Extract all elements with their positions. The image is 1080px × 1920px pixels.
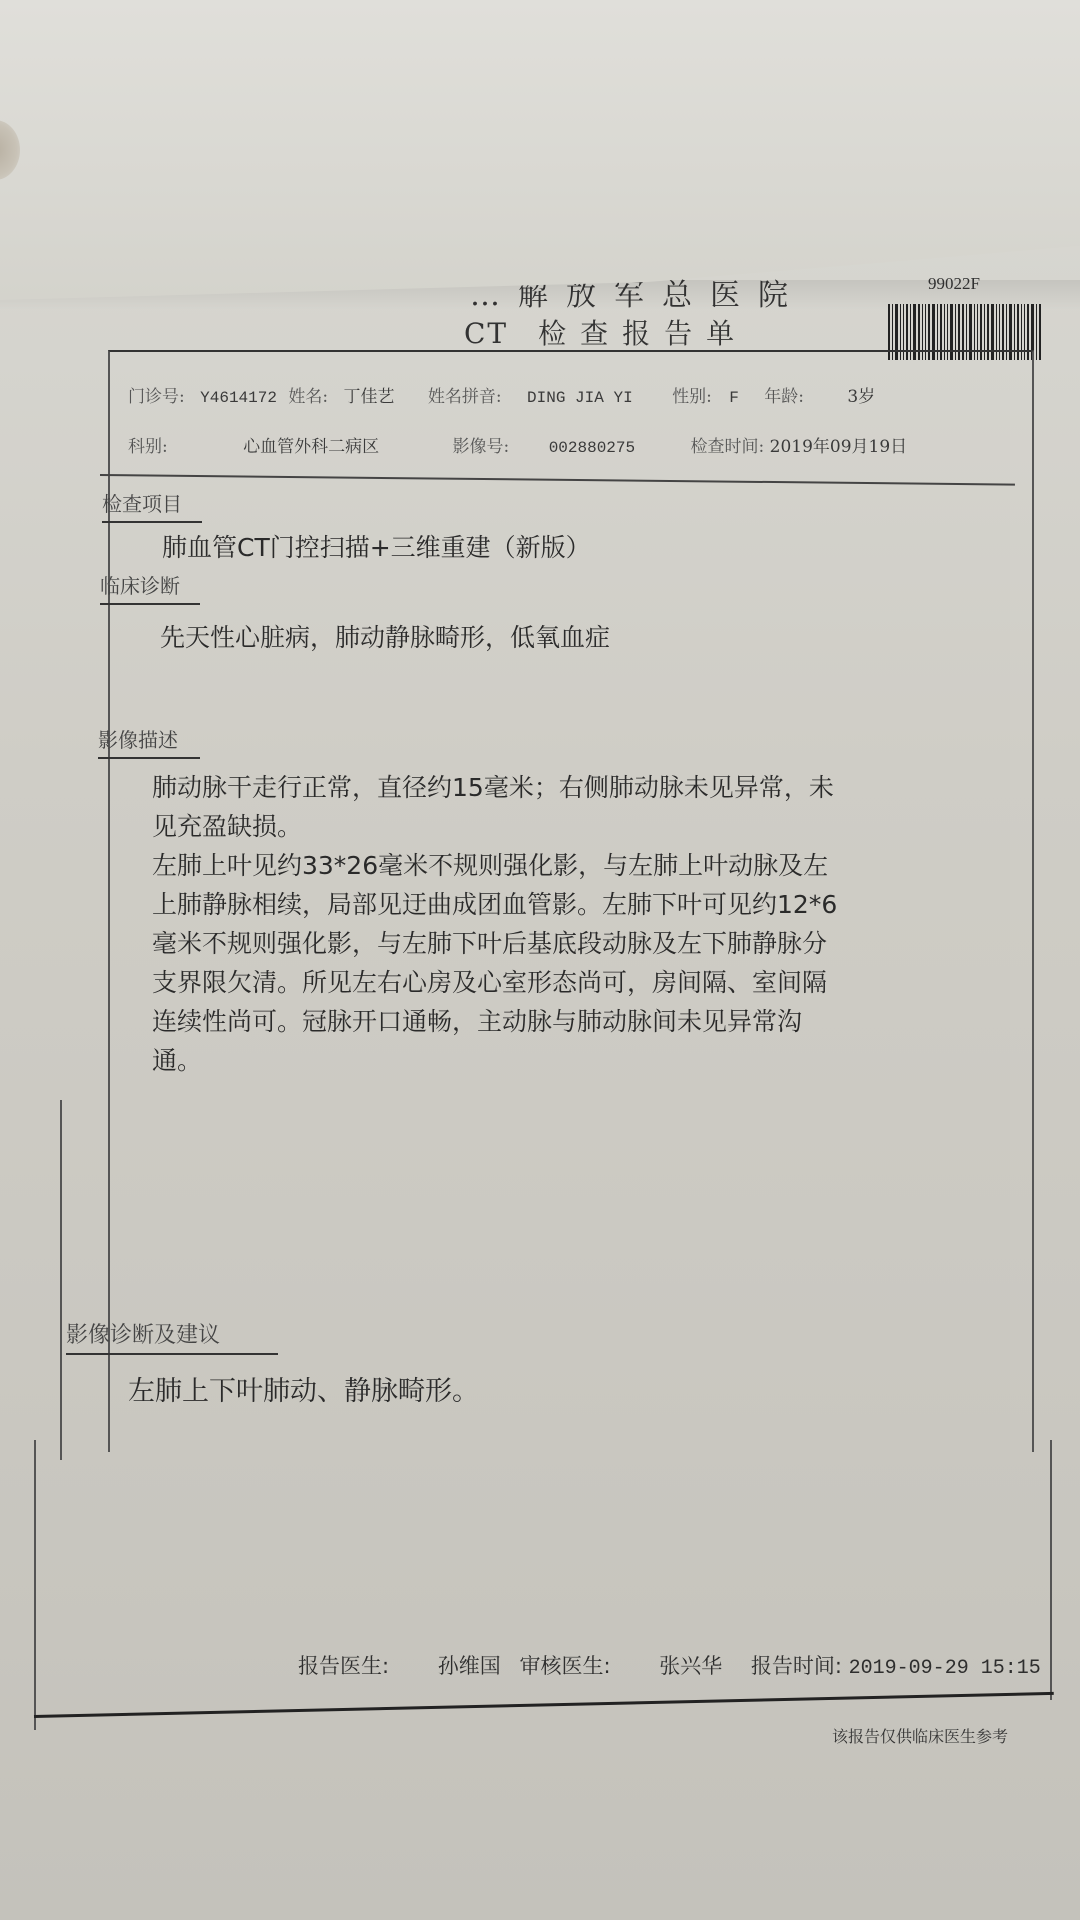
description-line: 肺动脉干走行正常，直径约15毫米；右侧肺动脉未见异常，未 bbox=[152, 768, 837, 807]
name-label: 姓名: bbox=[288, 382, 328, 407]
reviewing-doctor-label: 审核医生: bbox=[519, 1650, 610, 1680]
exam-time-label: 检查时间: bbox=[691, 432, 765, 457]
clinical-diagnosis-text: 先天性心脏病，肺动静脉畸形，低氧血症 bbox=[160, 618, 610, 657]
sex-label: 性别: bbox=[672, 382, 712, 407]
description-line: 见充盈缺损。 bbox=[152, 807, 837, 846]
pinyin-label: 姓名拼音: bbox=[428, 382, 502, 407]
imaging-diagnosis-text: 左肺上下叶肺动、静脉畸形。 bbox=[128, 1372, 479, 1411]
exam-item-text: 肺血管CT门控扫描+三维重建（新版） bbox=[162, 528, 591, 567]
patient-name: 丁佳艺 bbox=[344, 382, 395, 407]
department-label: 科别: bbox=[128, 432, 168, 457]
outpatient-no: Y4614172 bbox=[200, 389, 277, 407]
reviewing-doctor: 张兴华 bbox=[659, 1650, 722, 1680]
age-label: 年龄: bbox=[764, 382, 804, 407]
imaging-description-text: 肺动脉干走行正常，直径约15毫米；右侧肺动脉未见异常，未 见充盈缺损。 左肺上叶… bbox=[152, 768, 837, 1080]
clinical-diagnosis-label: 临床诊断 bbox=[100, 570, 200, 605]
patient-info-row-2: 科别: 心血管外科二病区 影像号: 002880275 检查时间: 2019年0… bbox=[128, 432, 907, 457]
form-bottom-border bbox=[34, 1692, 1054, 1718]
imaging-description-label: 影像描述 bbox=[98, 724, 200, 759]
reporting-doctor: 孙维国 bbox=[438, 1650, 501, 1680]
description-line: 上肺静脉相续，局部见迂曲成团血管影。左肺下叶可见约12*6 bbox=[152, 885, 837, 924]
report-time: 2019-09-29 15:15 bbox=[849, 1657, 1041, 1680]
image-no-label: 影像号: bbox=[453, 432, 510, 457]
report-title-prefix: CT bbox=[464, 317, 508, 350]
report-title-text: 检查报告单 bbox=[538, 317, 748, 350]
form-border-right-lower bbox=[1050, 1440, 1052, 1700]
image-no: 002880275 bbox=[549, 439, 635, 457]
patient-info-row-1: 门诊号: Y4614172 姓名: 丁佳艺 姓名拼音: DING JIA YI … bbox=[128, 382, 875, 407]
description-line: 通。 bbox=[152, 1041, 837, 1080]
description-line: 支界限欠清。所见左右心房及心室形态尚可，房间隔、室间隔 bbox=[152, 963, 837, 1002]
description-line: 连续性尚可。冠脉开口通畅，主动脉与肺动脉间未见异常沟 bbox=[152, 1002, 837, 1041]
department: 心血管外科二病区 bbox=[243, 432, 379, 457]
patient-pinyin: DING JIA YI bbox=[527, 389, 633, 407]
reporting-doctor-label: 报告医生: bbox=[298, 1650, 389, 1680]
disclaimer: 该报告仅供临床医生参考 bbox=[832, 1724, 1008, 1747]
imaging-diagnosis-label: 影像诊断及建议 bbox=[66, 1318, 278, 1355]
patient-sex: F bbox=[729, 389, 739, 407]
description-line: 毫米不规则强化影，与左肺下叶后基底段动脉及左下肺静脉分 bbox=[152, 924, 837, 963]
description-line: 左肺上叶见约33*26毫米不规则强化影，与左肺上叶动脉及左 bbox=[152, 846, 837, 885]
form-border-left-lower bbox=[34, 1440, 36, 1730]
overlapping-paper-sheet bbox=[0, 0, 1080, 300]
signature-row: 报告医生: 孙维国 审核医生: 张兴华 报告时间: 2019-09-29 15:… bbox=[298, 1650, 1041, 1680]
exam-time: 2019年09月19日 bbox=[770, 432, 908, 457]
form-border-left bbox=[60, 1100, 62, 1460]
outpatient-no-label: 门诊号: bbox=[128, 382, 185, 407]
patient-age: 3岁 bbox=[847, 382, 875, 407]
report-time-label: 报告时间: bbox=[751, 1650, 842, 1680]
report-title: CT检查报告单 bbox=[464, 312, 748, 352]
exam-item-label: 检查项目 bbox=[102, 488, 202, 523]
